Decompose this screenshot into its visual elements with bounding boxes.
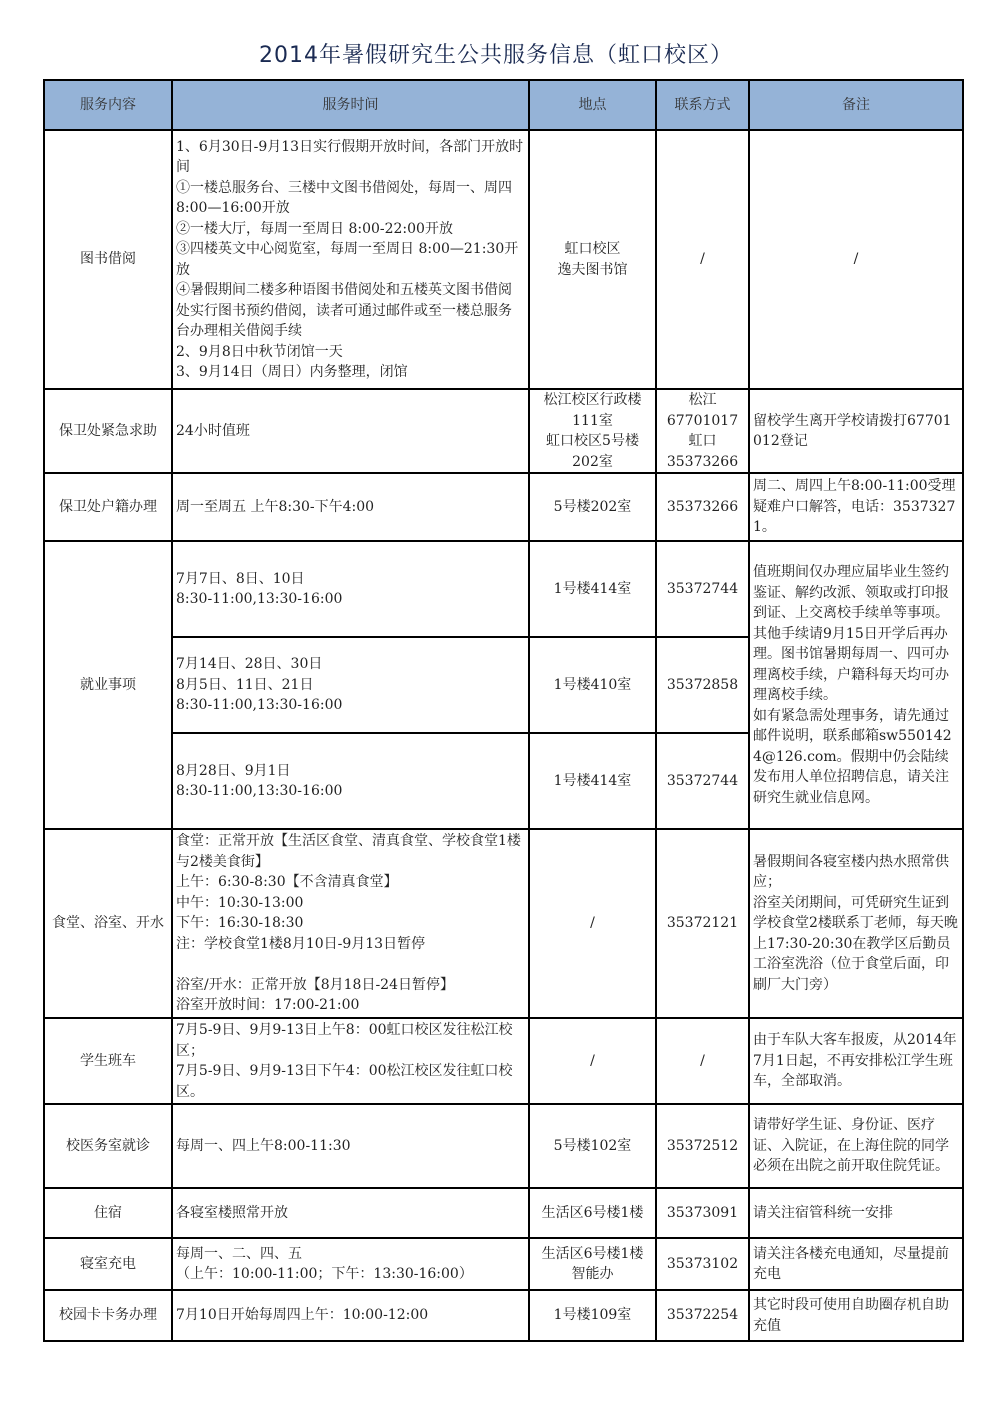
table-row: 寝室充电 每周一、二、四、五 （上午：10:00-11:00；下午：13:30-… [44, 1238, 963, 1290]
service-time: 7月10日开始每周四上午：10:00-12:00 [172, 1290, 529, 1341]
header-contact: 联系方式 [656, 80, 749, 130]
service-note: 值班期间仅办理应届毕业生签约鉴证、解约改派、领取或打印报到证、上交离校手续单等事… [749, 541, 963, 829]
table-row: 住宿 各寝室楼照常开放 生活区6号楼1楼 35373091 请关注宿管科统一安排 [44, 1188, 963, 1238]
table-row: 学生班车 7月5-9日、9月9-13日上午8：00虹口校区发往松江校区； 7月5… [44, 1018, 963, 1104]
service-name: 图书借阅 [44, 130, 172, 389]
header-time: 服务时间 [172, 80, 529, 130]
service-time: 每周一、二、四、五 （上午：10:00-11:00；下午：13:30-16:00… [172, 1238, 529, 1290]
service-contact: 松江 67701017 虹口 35373266 [656, 389, 749, 473]
service-location: 5号楼102室 [529, 1104, 656, 1188]
header-service: 服务内容 [44, 80, 172, 130]
service-contact: 35372858 [656, 637, 749, 733]
service-contact: 35372744 [656, 541, 749, 637]
table-row: 保卫处紧急求助 24小时值班 松江校区行政楼 111室 虹口校区5号楼 202室… [44, 389, 963, 473]
service-note: 留校学生离开学校请拨打67701012登记 [749, 389, 963, 473]
service-location: 虹口校区 逸夫图书馆 [529, 130, 656, 389]
service-time: 24小时值班 [172, 389, 529, 473]
service-name: 校医务室就诊 [44, 1104, 172, 1188]
service-time: 周一至周五 上午8:30-下午4:00 [172, 473, 529, 541]
service-time: 8月28日、9月1日 8:30-11:00,13:30-16:00 [172, 733, 529, 829]
service-note: 请带好学生证、身份证、医疗证、入院证，在上海住院的同学必须在出院之前开取住院凭证… [749, 1104, 963, 1188]
service-note: 周二、周四上午8:00-11:00受理疑难户口解答，电话：35373271。 [749, 473, 963, 541]
service-location: 1号楼414室 [529, 541, 656, 637]
service-note: / [749, 130, 963, 389]
table-row: 校医务室就诊 每周一、四上午8:00-11:30 5号楼102室 3537251… [44, 1104, 963, 1188]
service-name: 保卫处户籍办理 [44, 473, 172, 541]
service-contact: 35372121 [656, 829, 749, 1018]
service-name: 住宿 [44, 1188, 172, 1238]
table-row: 保卫处户籍办理 周一至周五 上午8:30-下午4:00 5号楼202室 3537… [44, 473, 963, 541]
service-contact: 35373102 [656, 1238, 749, 1290]
service-contact: 35372254 [656, 1290, 749, 1341]
service-contact: 35372744 [656, 733, 749, 829]
service-location: 1号楼109室 [529, 1290, 656, 1341]
header-location: 地点 [529, 80, 656, 130]
service-name: 寝室充电 [44, 1238, 172, 1290]
page-title: 2014年暑假研究生公共服务信息（虹口校区） [0, 38, 992, 69]
service-name: 食堂、浴室、开水 [44, 829, 172, 1018]
service-location: 松江校区行政楼 111室 虹口校区5号楼 202室 [529, 389, 656, 473]
table-row: 食堂、浴室、开水 食堂：正常开放【生活区食堂、清真食堂、学校食堂1楼与2楼美食街… [44, 829, 963, 1018]
service-location: / [529, 1018, 656, 1104]
service-time: 7月5-9日、9月9-13日上午8：00虹口校区发往松江校区； 7月5-9日、9… [172, 1018, 529, 1104]
service-name: 学生班车 [44, 1018, 172, 1104]
service-contact: / [656, 1018, 749, 1104]
service-location: 1号楼414室 [529, 733, 656, 829]
service-note: 暑假期间各寝室楼内热水照常供应； 浴室关闭期间，可凭研究生证到学校食堂2楼联系丁… [749, 829, 963, 1018]
service-time: 7月14日、28日、30日 8月5日、11日、21日 8:30-11:00,13… [172, 637, 529, 733]
service-location: / [529, 829, 656, 1018]
service-note: 请关注宿管科统一安排 [749, 1188, 963, 1238]
service-time: 7月7日、8日、10日 8:30-11:00,13:30-16:00 [172, 541, 529, 637]
service-time: 1、6月30日-9月13日实行假期开放时间，各部门开放时间 ①一楼总服务台、三楼… [172, 130, 529, 389]
service-location: 生活区6号楼1楼 智能办 [529, 1238, 656, 1290]
service-time: 食堂：正常开放【生活区食堂、清真食堂、学校食堂1楼与2楼美食街】 上午：6:30… [172, 829, 529, 1018]
service-note: 由于车队大客车报废，从2014年7月1日起，不再安排松江学生班车，全部取消。 [749, 1018, 963, 1104]
table-row: 就业事项 7月7日、8日、10日 8:30-11:00,13:30-16:00 … [44, 541, 963, 637]
service-contact: 35373091 [656, 1188, 749, 1238]
service-location: 5号楼202室 [529, 473, 656, 541]
service-note: 请关注各楼充电通知，尽量提前充电 [749, 1238, 963, 1290]
service-table: 服务内容 服务时间 地点 联系方式 备注 图书借阅 1、6月30日-9月13日实… [43, 79, 964, 1342]
table-header-row: 服务内容 服务时间 地点 联系方式 备注 [44, 80, 963, 130]
service-name: 就业事项 [44, 541, 172, 829]
service-name: 校园卡卡务办理 [44, 1290, 172, 1341]
service-location: 1号楼410室 [529, 637, 656, 733]
table-row: 图书借阅 1、6月30日-9月13日实行假期开放时间，各部门开放时间 ①一楼总服… [44, 130, 963, 389]
header-note: 备注 [749, 80, 963, 130]
service-contact: / [656, 130, 749, 389]
service-location: 生活区6号楼1楼 [529, 1188, 656, 1238]
service-time: 各寝室楼照常开放 [172, 1188, 529, 1238]
service-contact: 35372512 [656, 1104, 749, 1188]
service-contact: 35373266 [656, 473, 749, 541]
service-name: 保卫处紧急求助 [44, 389, 172, 473]
table-row: 校园卡卡务办理 7月10日开始每周四上午：10:00-12:00 1号楼109室… [44, 1290, 963, 1341]
service-time: 每周一、四上午8:00-11:30 [172, 1104, 529, 1188]
service-note: 其它时段可使用自助圈存机自助充值 [749, 1290, 963, 1341]
